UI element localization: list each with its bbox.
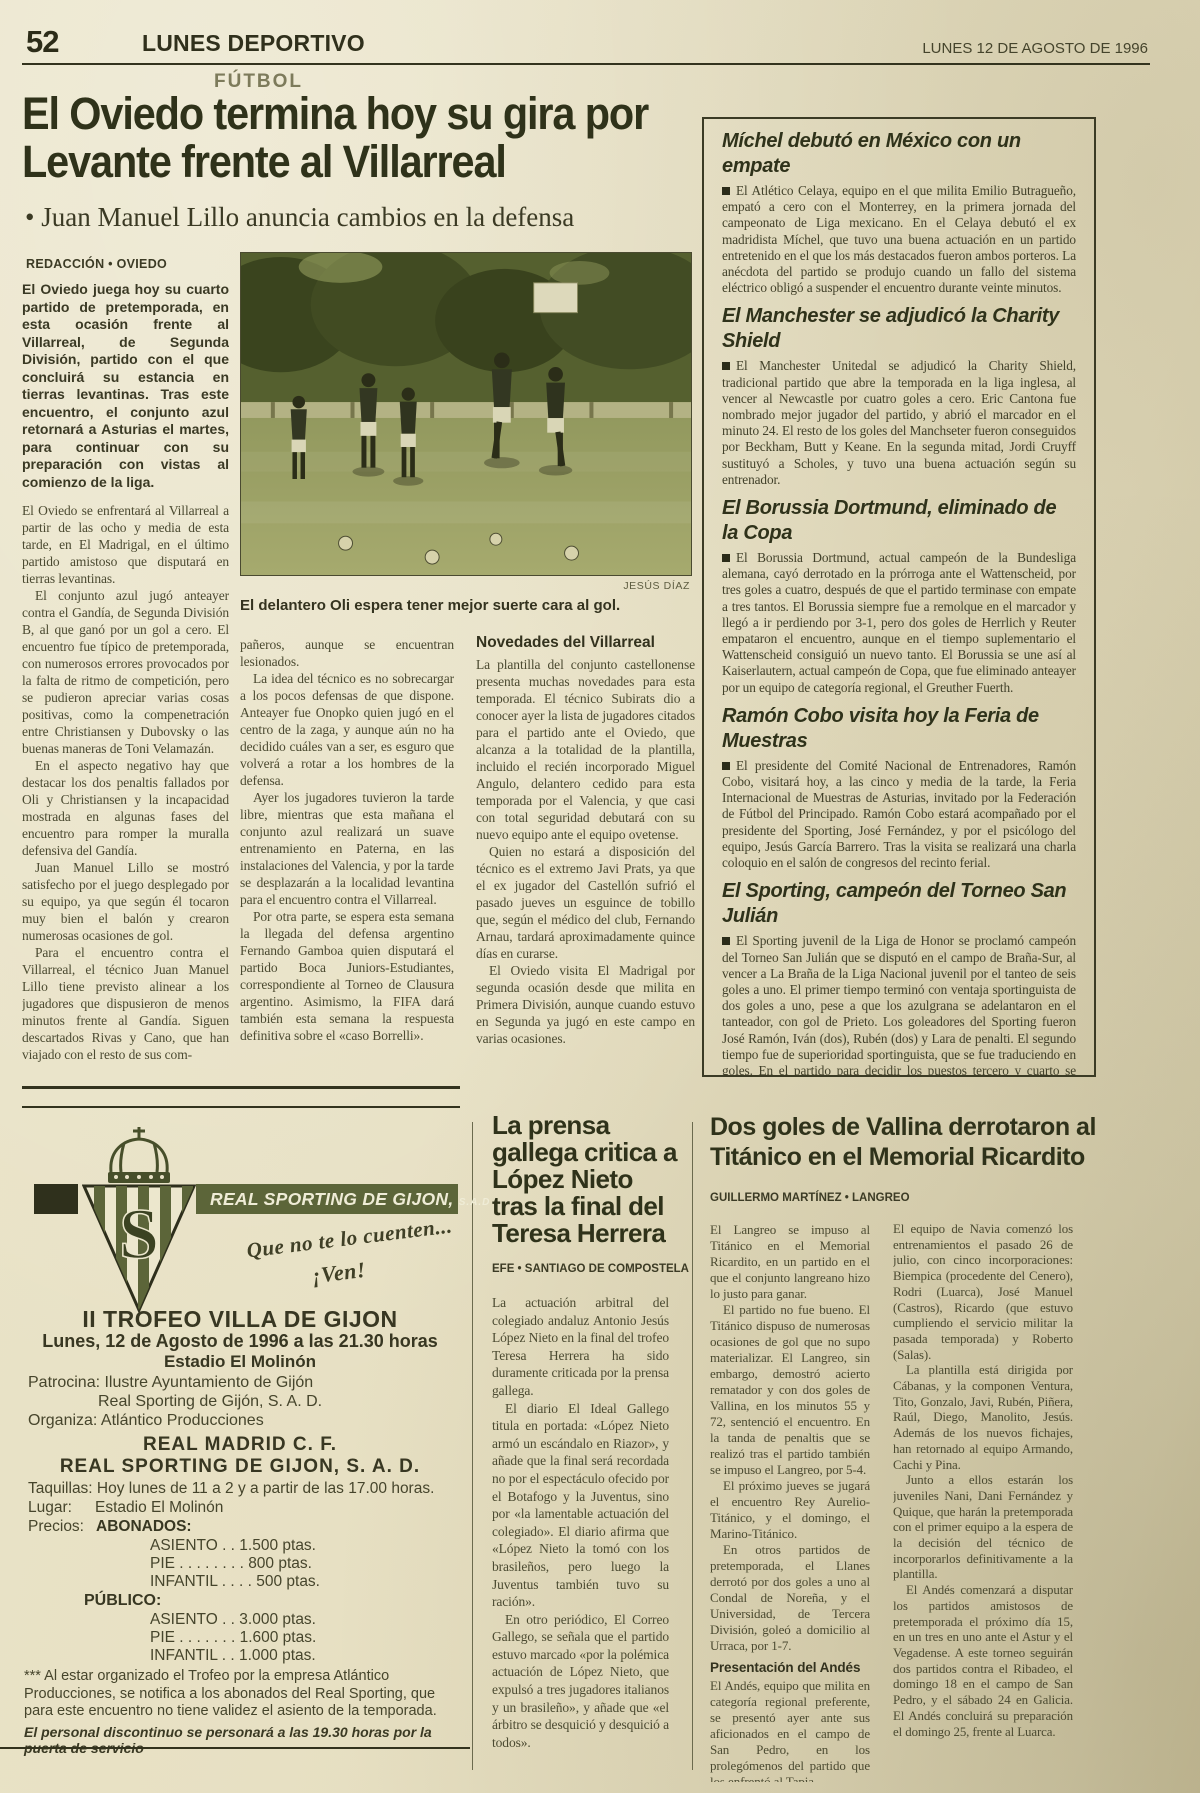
ad-logo-block-icon bbox=[34, 1184, 78, 1214]
training-photo-illustration bbox=[241, 253, 691, 575]
brief-body-text: El Borussia Dortmund, actual campeón de … bbox=[722, 550, 1076, 695]
main-headline-line-2: Levante frente al Villarreal bbox=[22, 138, 648, 186]
prensa-headline-line: La prensa bbox=[492, 1112, 677, 1139]
brief-body-text: El Manchester Unitedal se adjudicó la Ch… bbox=[722, 358, 1076, 486]
brief-body: El Atlético Celaya, equipo en el que mil… bbox=[722, 183, 1076, 296]
main-column-2: pañeros, aunque se encuentran lesionados… bbox=[240, 636, 454, 1076]
body-paragraph: Junto a ellos estarán los juveniles Nani… bbox=[893, 1473, 1073, 1583]
banner-text: REAL SPORTING DE GIJON, bbox=[210, 1189, 459, 1209]
masthead-rule bbox=[22, 63, 1150, 65]
ad-abonados-label: ABONADOS: bbox=[96, 1518, 192, 1536]
brief-body-text: El Atlético Celaya, equipo en el que mil… bbox=[722, 183, 1076, 295]
bullet-square-icon bbox=[722, 362, 730, 370]
sporting-crest-svg: S bbox=[82, 1120, 196, 1316]
body-paragraph: La plantilla del conjunto castellonense … bbox=[476, 656, 695, 843]
main-byline: REDACCIÓN • OVIEDO bbox=[26, 257, 167, 271]
ad-script-line-2: ¡Ven! bbox=[311, 1257, 368, 1289]
brief-body-text: El Sporting juvenil de la Liga de Honor … bbox=[722, 933, 1076, 1077]
ad-lugar-label: Lugar: bbox=[28, 1499, 72, 1517]
vallina-column-1: El Langreo se impuso al Titánico en el M… bbox=[710, 1222, 870, 1782]
column-rule bbox=[692, 1122, 693, 1770]
brief-title: El Borussia Dortmund, eliminado de la Co… bbox=[722, 496, 1076, 546]
body-paragraph: En otros partidos de pretemporada, el Ll… bbox=[710, 1542, 870, 1654]
bullet-square-icon bbox=[722, 554, 730, 562]
ad-title: II TROFEO VILLA DE GIJON bbox=[22, 1306, 458, 1333]
body-paragraph: En el aspecto negativo hay que destacar … bbox=[22, 757, 229, 859]
football-icon bbox=[565, 546, 579, 560]
prensa-body: La actuación arbitral del colegiado anda… bbox=[492, 1294, 669, 1780]
main-column-3: Novedades del Villarreal La plantilla de… bbox=[476, 634, 695, 1076]
crown-icon bbox=[111, 1127, 167, 1172]
vallina-headline-line: Dos goles de Vallina derrotaron al bbox=[710, 1112, 1096, 1142]
training-photo bbox=[240, 252, 692, 576]
bullet-square-icon bbox=[722, 937, 730, 945]
ad-publico-label: PÚBLICO: bbox=[84, 1592, 161, 1610]
ad-price-row: PIE . . . . . . . 1.600 ptas. bbox=[150, 1629, 316, 1647]
body-paragraph: El conjunto azul jugó anteayer contra el… bbox=[22, 587, 229, 757]
body-paragraph: El Oviedo visita El Madrigal por segunda… bbox=[476, 962, 695, 1047]
vallina-column-2: El equipo de Navia comenzó los entrenami… bbox=[893, 1222, 1073, 1787]
body-paragraph: pañeros, aunque se encuentran lesionados… bbox=[240, 636, 454, 670]
ad-patrocina-1: Patrocina: Ilustre Ayuntamiento de Gijón bbox=[28, 1374, 313, 1392]
sporting-banner: REAL SPORTING DE GIJON, S.A.D bbox=[196, 1184, 458, 1214]
bullet-square-icon bbox=[722, 762, 730, 770]
andes-subhead: Presentación del Andés bbox=[710, 1660, 870, 1676]
main-column-1: El Oviedo juega hoy su cuarto partido de… bbox=[22, 281, 229, 1075]
ad-price-row: ASIENTO . . 3.000 ptas. bbox=[150, 1611, 316, 1629]
ad-price-row: INFANTIL . . . . 500 ptas. bbox=[150, 1573, 320, 1591]
body-paragraph: El Langreo se impuso al Titánico en el M… bbox=[710, 1222, 870, 1302]
prensa-headline-line: gallega critica a bbox=[492, 1139, 677, 1166]
ad-match-team-1: REAL MADRID C. F. bbox=[22, 1434, 458, 1456]
ad-footer-note: El personal discontinuo se personará a l… bbox=[24, 1724, 462, 1756]
vallina-headline: Dos goles de Vallina derrotaron al Titán… bbox=[710, 1112, 1096, 1172]
prensa-headline-line: tras la final del bbox=[492, 1193, 677, 1220]
brief-body: El Borussia Dortmund, actual campeón de … bbox=[722, 550, 1076, 696]
masthead-title: LUNES DEPORTIVO bbox=[142, 30, 365, 57]
body-paragraph: El Oviedo se enfrentará al Villarreal a … bbox=[22, 502, 229, 587]
brief-item: El Sporting, campeón del Torneo San Juli… bbox=[722, 879, 1076, 1077]
brief-item: Ramón Cobo visita hoy la Feria de Muestr… bbox=[722, 704, 1076, 871]
brief-title: El Manchester se adjudicó la Charity Shi… bbox=[722, 304, 1076, 354]
vallina-byline: GUILLERMO MARTÍNEZ • LANGREO bbox=[710, 1192, 910, 1204]
ad-precios-label: Precios: bbox=[28, 1518, 84, 1536]
brief-item: El Manchester se adjudicó la Charity Shi… bbox=[722, 304, 1076, 488]
body-paragraph: El diario El Ideal Gallego titula en por… bbox=[492, 1400, 669, 1611]
body-paragraph: Ayer los jugadores tuvieron la tarde lib… bbox=[240, 789, 454, 908]
brief-title: Míchel debutó en México con un empate bbox=[722, 129, 1076, 179]
divider-rule bbox=[22, 1086, 460, 1089]
photo-credit: JESÚS DÍAZ bbox=[540, 580, 690, 592]
newspaper-page: 52 LUNES DEPORTIVO LUNES 12 DE AGOSTO DE… bbox=[0, 0, 1200, 1793]
main-headline: El Oviedo termina hoy su gira por Levant… bbox=[22, 90, 703, 185]
brief-body-text: El presidente del Comité Nacional de Ent… bbox=[722, 758, 1076, 870]
body-paragraph: En otro periódico, El Correo Gallego, se… bbox=[492, 1611, 669, 1752]
prensa-headline-line: Teresa Herrera bbox=[492, 1220, 677, 1247]
brief-title: El Sporting, campeón del Torneo San Juli… bbox=[722, 879, 1076, 929]
divider-rule bbox=[22, 1106, 460, 1108]
body-paragraph: La actuación arbitral del colegiado anda… bbox=[492, 1294, 669, 1400]
column-rule bbox=[472, 1122, 473, 1770]
ad-lugar-value: Estadio El Molinón bbox=[95, 1499, 223, 1517]
ad-match-team-2: REAL SPORTING DE GIJON, S. A. D. bbox=[22, 1456, 458, 1478]
brief-body: El presidente del Comité Nacional de Ent… bbox=[722, 758, 1076, 871]
brief-body: El Manchester Unitedal se adjudicó la Ch… bbox=[722, 358, 1076, 488]
sporting-crest-icon: S bbox=[82, 1120, 196, 1321]
prensa-headline: La prensa gallega critica a López Nieto … bbox=[492, 1112, 677, 1247]
prensa-byline: EFE • SANTIAGO DE COMPOSTELA bbox=[492, 1263, 689, 1275]
body-paragraph: El partido no fue bueno. El Titánico dis… bbox=[710, 1302, 870, 1478]
photo-caption: El delantero Oli espera tener mejor suer… bbox=[240, 597, 692, 614]
briefs-box: Míchel debutó en México con un empate El… bbox=[702, 117, 1096, 1077]
body-paragraph: La plantilla está dirigida por Cábanas, … bbox=[893, 1363, 1073, 1473]
sporting-crest-monogram: S bbox=[119, 1194, 159, 1274]
lead-paragraph: El Oviedo juega hoy su cuarto partido de… bbox=[22, 281, 229, 491]
prensa-headline-line: López Nieto bbox=[492, 1166, 677, 1193]
ad-price-row: PIE . . . . . . . . 800 ptas. bbox=[150, 1555, 312, 1573]
ad-venue: Estadio El Molinón bbox=[22, 1352, 458, 1372]
ad-patrocina-2: Real Sporting de Gijón, S. A. D. bbox=[98, 1393, 322, 1411]
vallina-headline-line: Titánico en el Memorial Ricardito bbox=[710, 1142, 1096, 1172]
ad-bottom-rule bbox=[0, 1747, 470, 1749]
ad-price-row: ASIENTO . . 1.500 ptas. bbox=[150, 1537, 316, 1555]
ad-datetime: Lunes, 12 de Agosto de 1996 a las 21.30 … bbox=[22, 1331, 458, 1352]
brief-title: Ramón Cobo visita hoy la Feria de Muestr… bbox=[722, 704, 1076, 754]
brief-item: Míchel debutó en México con un empate El… bbox=[722, 129, 1076, 296]
body-paragraph: Por otra parte, se espera esta semana la… bbox=[240, 908, 454, 1044]
football-icon bbox=[425, 550, 439, 564]
brief-item: El Borussia Dortmund, eliminado de la Co… bbox=[722, 496, 1076, 696]
body-paragraph: El Andés, equipo que milita en categoría… bbox=[710, 1678, 870, 1782]
football-icon bbox=[339, 536, 353, 550]
main-deck: • Juan Manuel Lillo anuncia cambios en l… bbox=[25, 202, 574, 233]
page-number: 52 bbox=[26, 24, 58, 60]
main-headline-line-1: El Oviedo termina hoy su gira por bbox=[22, 90, 648, 138]
bullet-square-icon bbox=[722, 187, 730, 195]
ad-note: *** Al estar organizado el Trofeo por la… bbox=[24, 1668, 462, 1721]
banner-suffix: S.A.D bbox=[459, 1197, 491, 1208]
novedades-subhead: Novedades del Villarreal bbox=[476, 634, 695, 652]
body-paragraph: El equipo de Navia comenzó los entrenami… bbox=[893, 1222, 1073, 1363]
ad-price-row: INFANTIL . . 1.000 ptas. bbox=[150, 1647, 316, 1665]
body-paragraph: La idea del técnico es no sobrecargar a … bbox=[240, 670, 454, 789]
ad-organiza: Organiza: Atlántico Producciones bbox=[28, 1412, 264, 1430]
body-paragraph: Juan Manuel Lillo se mostró satisfecho p… bbox=[22, 859, 229, 944]
body-paragraph: Para el encuentro contra el Villarreal, … bbox=[22, 944, 229, 1063]
brief-body: El Sporting juvenil de la Liga de Honor … bbox=[722, 933, 1076, 1077]
football-icon bbox=[490, 533, 502, 545]
body-paragraph: El próximo jueves se jugará el encuentro… bbox=[710, 1478, 870, 1542]
sponsor-board bbox=[534, 283, 578, 313]
body-paragraph: Quien no estará a disposición del técnic… bbox=[476, 843, 695, 962]
ad-taquillas: Taquillas: Hoy lunes de 11 a 2 y a parti… bbox=[28, 1480, 434, 1498]
body-paragraph: El Andés comenzará a disputar los partid… bbox=[893, 1583, 1073, 1740]
masthead-date: LUNES 12 DE AGOSTO DE 1996 bbox=[922, 40, 1148, 57]
ad-script-line-1: Que no te lo cuenten... bbox=[245, 1213, 453, 1263]
